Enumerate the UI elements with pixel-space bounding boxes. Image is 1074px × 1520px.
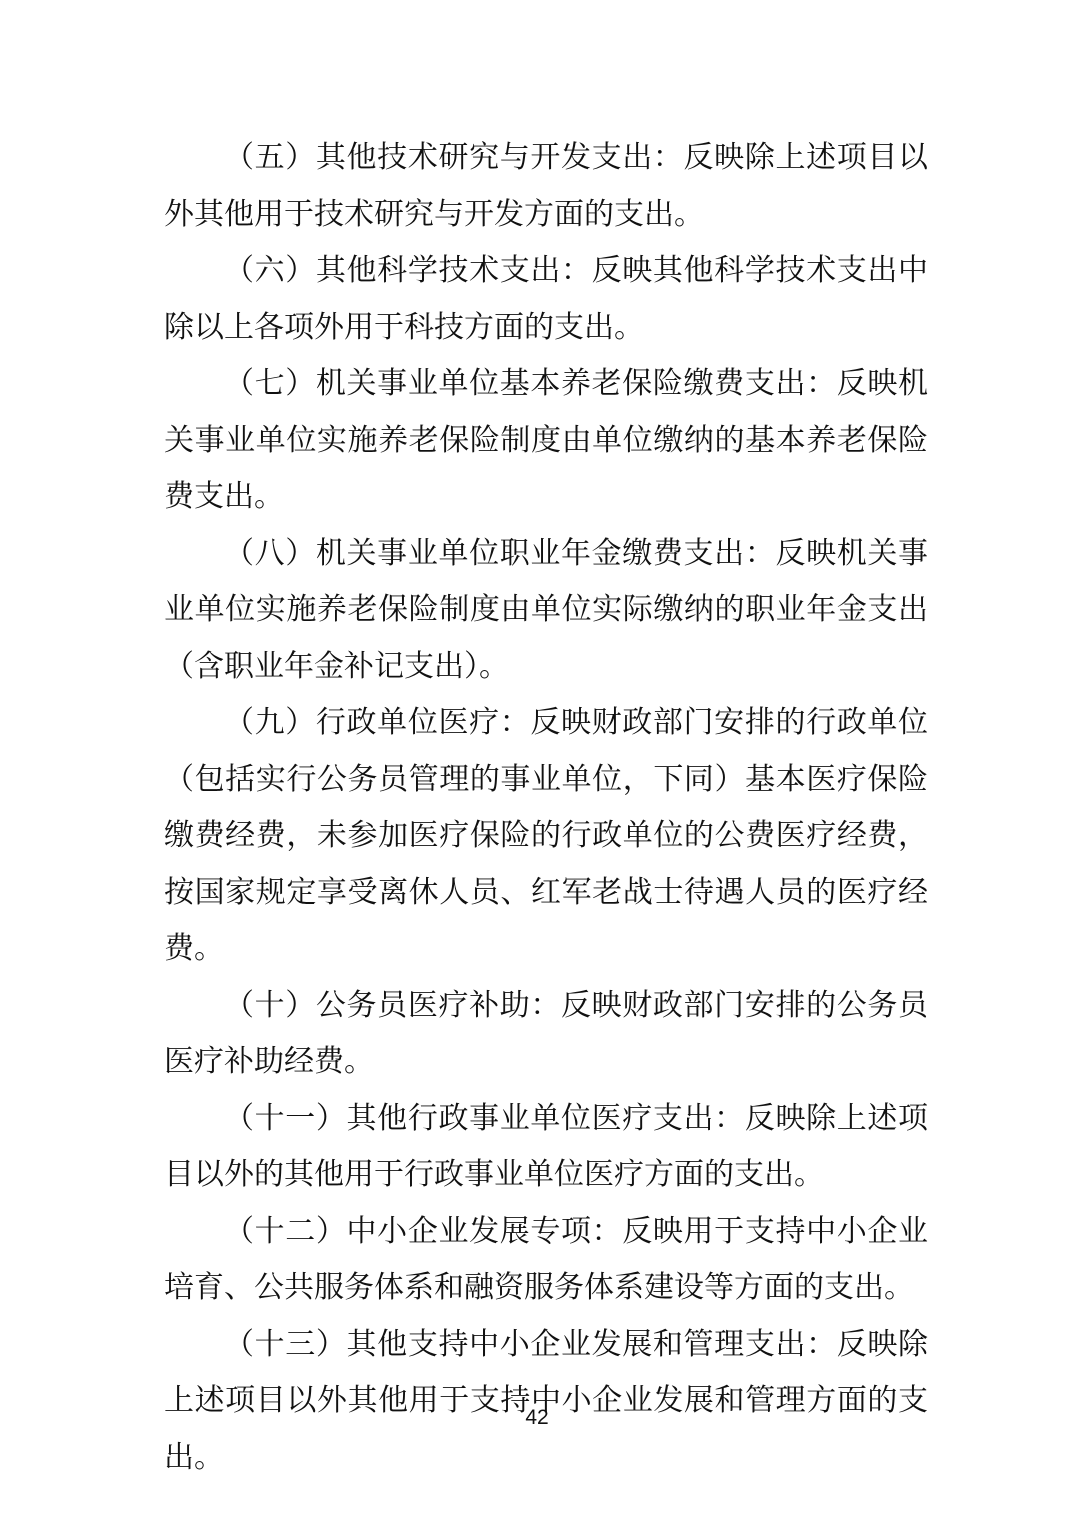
paragraph-item-5: （五）其他技术研究与开发支出：反映除上述项目以外其他用于技术研究与开发方面的支出… xyxy=(164,130,928,243)
page-number: 42 xyxy=(0,1406,1074,1430)
paragraph-item-8: （八）机关事业单位职业年金缴费支出：反映机关事业单位实施养老保险制度由单位实际缴… xyxy=(164,526,928,696)
paragraph-item-12: （十二）中小企业发展专项：反映用于支持中小企业培育、公共服务体系和融资服务体系建… xyxy=(164,1204,928,1317)
paragraph-item-9: （九）行政单位医疗：反映财政部门安排的行政单位（包括实行公务员管理的事业单位，下… xyxy=(164,695,928,978)
paragraph-item-6: （六）其他科学技术支出：反映其他科学技术支出中除以上各项外用于科技方面的支出。 xyxy=(164,243,928,356)
paragraph-item-11: （十一）其他行政事业单位医疗支出：反映除上述项目以外的其他用于行政事业单位医疗方… xyxy=(164,1091,928,1204)
document-page: （五）其他技术研究与开发支出：反映除上述项目以外其他用于技术研究与开发方面的支出… xyxy=(0,0,1074,1520)
document-body: （五）其他技术研究与开发支出：反映除上述项目以外其他用于技术研究与开发方面的支出… xyxy=(164,130,928,1486)
paragraph-item-10: （十）公务员医疗补助：反映财政部门安排的公务员医疗补助经费。 xyxy=(164,978,928,1091)
paragraph-item-7: （七）机关事业单位基本养老保险缴费支出：反映机关事业单位实施养老保险制度由单位缴… xyxy=(164,356,928,526)
paragraph-item-13: （十三）其他支持中小企业发展和管理支出：反映除上述项目以外其他用于支持中小企业发… xyxy=(164,1317,928,1487)
